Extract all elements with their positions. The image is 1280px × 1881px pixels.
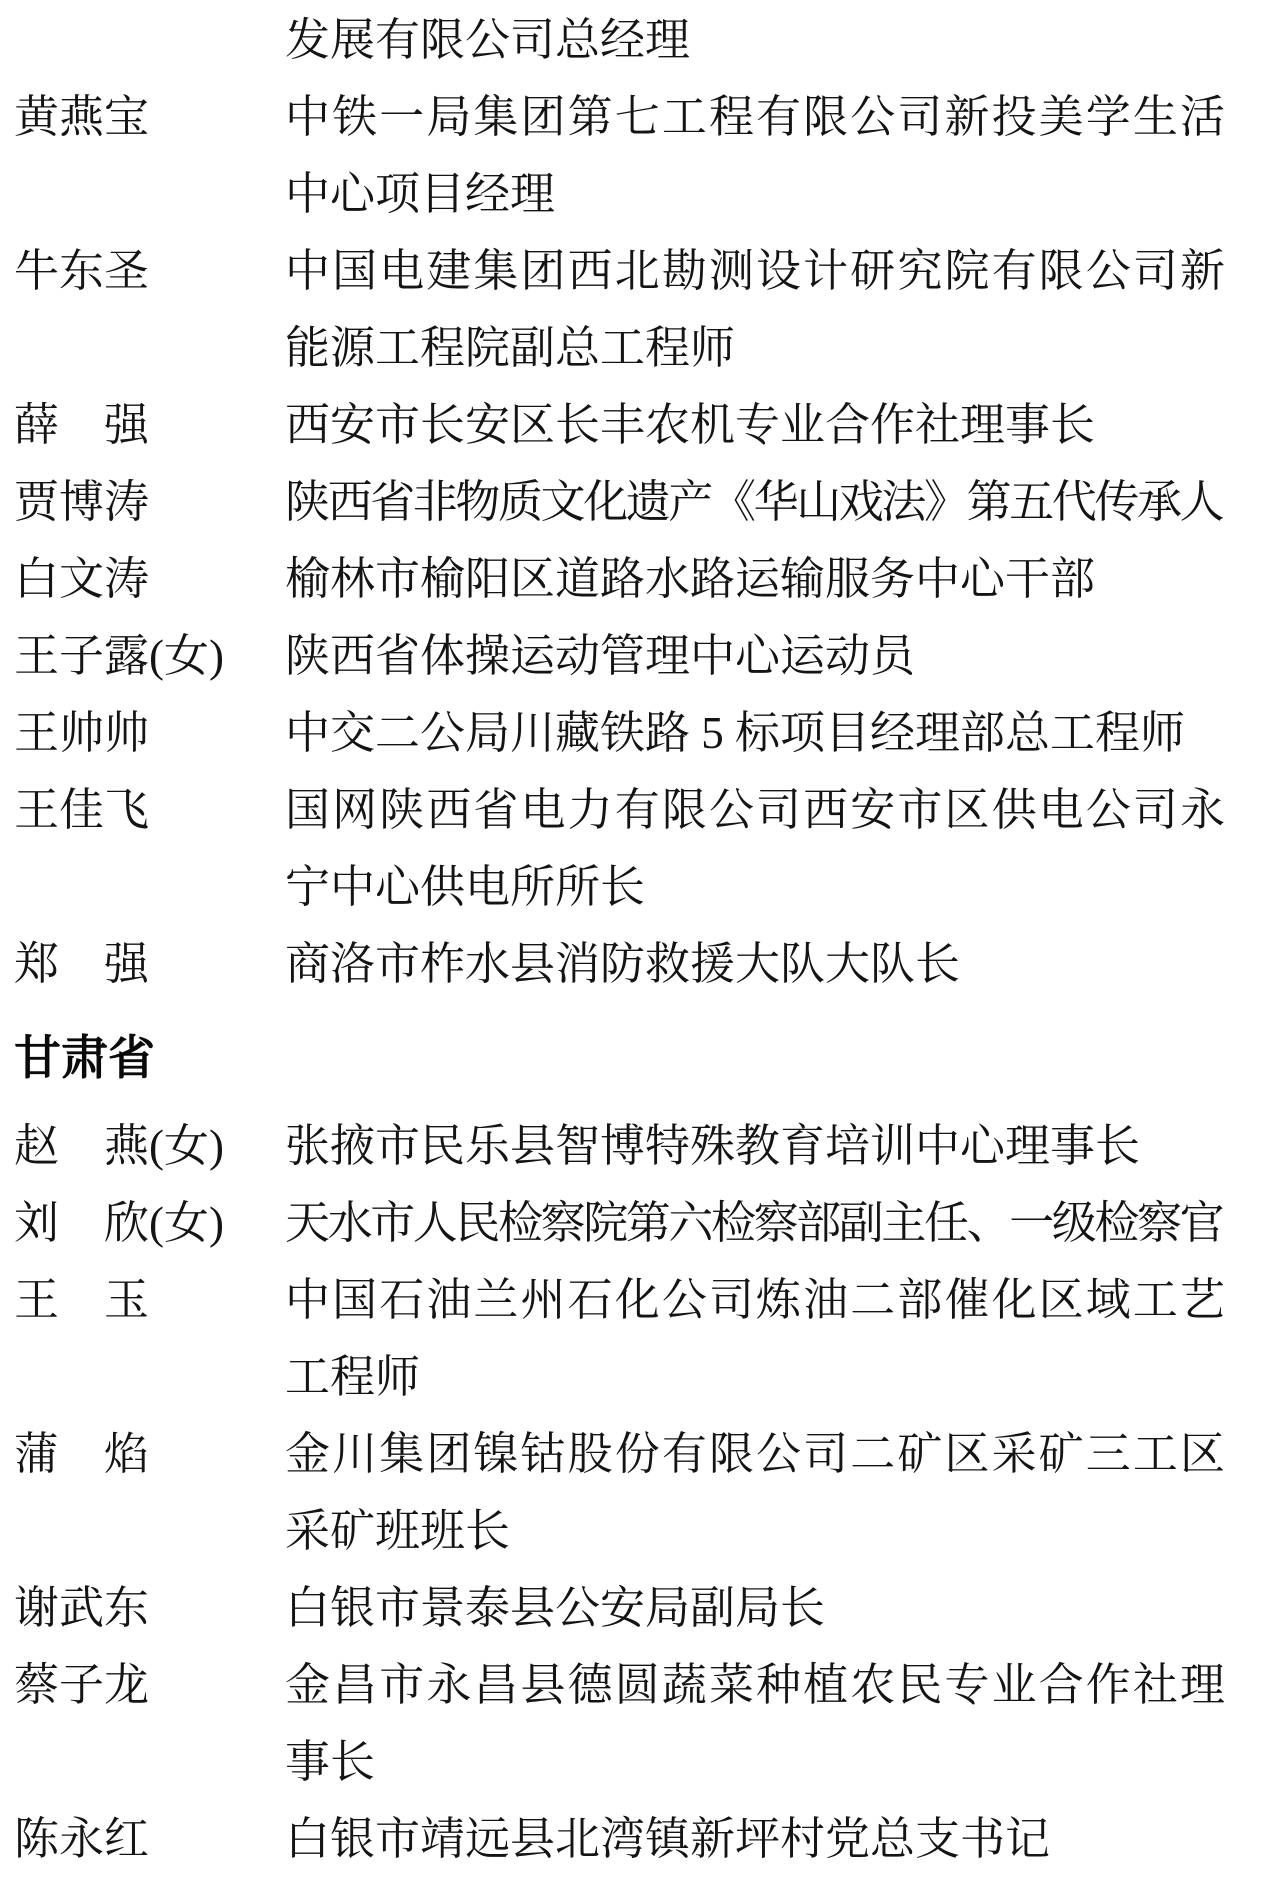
recipient-entry: 白文涛榆林市榆阳区道路水路运输服务中心干部 xyxy=(14,541,1225,618)
document-page: 发展有限公司总经理黄燕宝中铁一局集团第七工程有限公司新投美学生活中心项目经理牛东… xyxy=(0,0,1280,1881)
recipient-description: 天水市人民检察院第六检察部副主任、一级检察官 xyxy=(285,1185,1225,1262)
recipient-entry: 谢武东白银市景泰县公安局副局长 xyxy=(14,1570,1225,1647)
recipient-name: 蔡子龙 xyxy=(14,1647,285,1724)
recipient-name: 蒲 焰 xyxy=(14,1416,285,1493)
recipient-description: 中国石油兰州石化公司炼油二部催化区域工艺工程师 xyxy=(285,1262,1225,1416)
recipient-name: 王 玉 xyxy=(14,1262,285,1339)
recipient-name: 王帅帅 xyxy=(14,695,285,772)
recipient-name: 白文涛 xyxy=(14,541,285,618)
recipient-name: 黄燕宝 xyxy=(14,79,285,156)
recipient-entry: 赵 燕(女)张掖市民乐县智博特殊教育培训中心理事长 xyxy=(14,1108,1225,1185)
recipient-name: 陈永红 xyxy=(14,1801,285,1878)
recipient-description: 金昌市永昌县德圆蔬菜种植农民专业合作社理事长 xyxy=(285,1647,1225,1801)
recipient-description: 发展有限公司总经理 xyxy=(285,2,1225,79)
recipient-description: 陕西省非物质文化遗产《华山戏法》第五代传承人 xyxy=(285,464,1225,541)
recipient-entry: 黄燕宝中铁一局集团第七工程有限公司新投美学生活中心项目经理 xyxy=(14,79,1225,233)
recipient-name: 刘 欣(女) xyxy=(14,1185,285,1262)
recipient-description: 国网陕西省电力有限公司西安市区供电公司永宁中心供电所所长 xyxy=(285,772,1225,926)
recipient-name: 薛 强 xyxy=(14,387,285,464)
recipient-name: 王子露(女) xyxy=(14,618,285,695)
recipient-name: 贾博涛 xyxy=(14,464,285,541)
recipient-description: 中国电建集团西北勘测设计研究院有限公司新能源工程院副总工程师 xyxy=(285,233,1225,387)
recipient-entry: 王子露(女)陕西省体操运动管理中心运动员 xyxy=(14,618,1225,695)
recipient-name: 郑 强 xyxy=(14,926,285,1003)
recipient-entry: 发展有限公司总经理 xyxy=(14,2,1225,79)
recipient-description: 中铁一局集团第七工程有限公司新投美学生活中心项目经理 xyxy=(285,79,1225,233)
recipient-section: 甘肃省赵 燕(女)张掖市民乐县智博特殊教育培训中心理事长刘 欣(女)天水市人民检… xyxy=(14,1019,1225,1878)
recipient-description: 白银市靖远县北湾镇新坪村党总支书记 xyxy=(285,1801,1225,1878)
recipient-description: 金川集团镍钴股份有限公司二矿区采矿三工区采矿班班长 xyxy=(285,1416,1225,1570)
recipient-entry: 王佳飞国网陕西省电力有限公司西安市区供电公司永宁中心供电所所长 xyxy=(14,772,1225,926)
recipient-entry: 薛 强西安市长安区长丰农机专业合作社理事长 xyxy=(14,387,1225,464)
recipient-entry: 牛东圣中国电建集团西北勘测设计研究院有限公司新能源工程院副总工程师 xyxy=(14,233,1225,387)
recipient-entry: 刘 欣(女)天水市人民检察院第六检察部副主任、一级检察官 xyxy=(14,1185,1225,1262)
recipient-entry: 王帅帅中交二公局川藏铁路 5 标项目经理部总工程师 xyxy=(14,695,1225,772)
recipient-section: 发展有限公司总经理黄燕宝中铁一局集团第七工程有限公司新投美学生活中心项目经理牛东… xyxy=(14,2,1225,1003)
recipient-description: 中交二公局川藏铁路 5 标项目经理部总工程师 xyxy=(285,695,1225,772)
section-heading: 甘肃省 xyxy=(14,1019,1225,1096)
recipient-entry: 贾博涛陕西省非物质文化遗产《华山戏法》第五代传承人 xyxy=(14,464,1225,541)
recipient-entry: 王 玉中国石油兰州石化公司炼油二部催化区域工艺工程师 xyxy=(14,1262,1225,1416)
recipient-description: 白银市景泰县公安局副局长 xyxy=(285,1570,1225,1647)
recipient-description: 商洛市柞水县消防救援大队大队长 xyxy=(285,926,1225,1003)
recipient-description: 榆林市榆阳区道路水路运输服务中心干部 xyxy=(285,541,1225,618)
recipient-description: 西安市长安区长丰农机专业合作社理事长 xyxy=(285,387,1225,464)
recipient-name: 赵 燕(女) xyxy=(14,1108,285,1185)
recipient-entry: 蒲 焰金川集团镍钴股份有限公司二矿区采矿三工区采矿班班长 xyxy=(14,1416,1225,1570)
recipient-description: 陕西省体操运动管理中心运动员 xyxy=(285,618,1225,695)
recipient-description: 张掖市民乐县智博特殊教育培训中心理事长 xyxy=(285,1108,1225,1185)
recipient-name: 谢武东 xyxy=(14,1570,285,1647)
recipient-name: 王佳飞 xyxy=(14,772,285,849)
recipient-entry: 蔡子龙金昌市永昌县德圆蔬菜种植农民专业合作社理事长 xyxy=(14,1647,1225,1801)
recipient-entry: 郑 强商洛市柞水县消防救援大队大队长 xyxy=(14,926,1225,1003)
recipient-entry: 陈永红白银市靖远县北湾镇新坪村党总支书记 xyxy=(14,1801,1225,1878)
recipient-name: 牛东圣 xyxy=(14,233,285,310)
